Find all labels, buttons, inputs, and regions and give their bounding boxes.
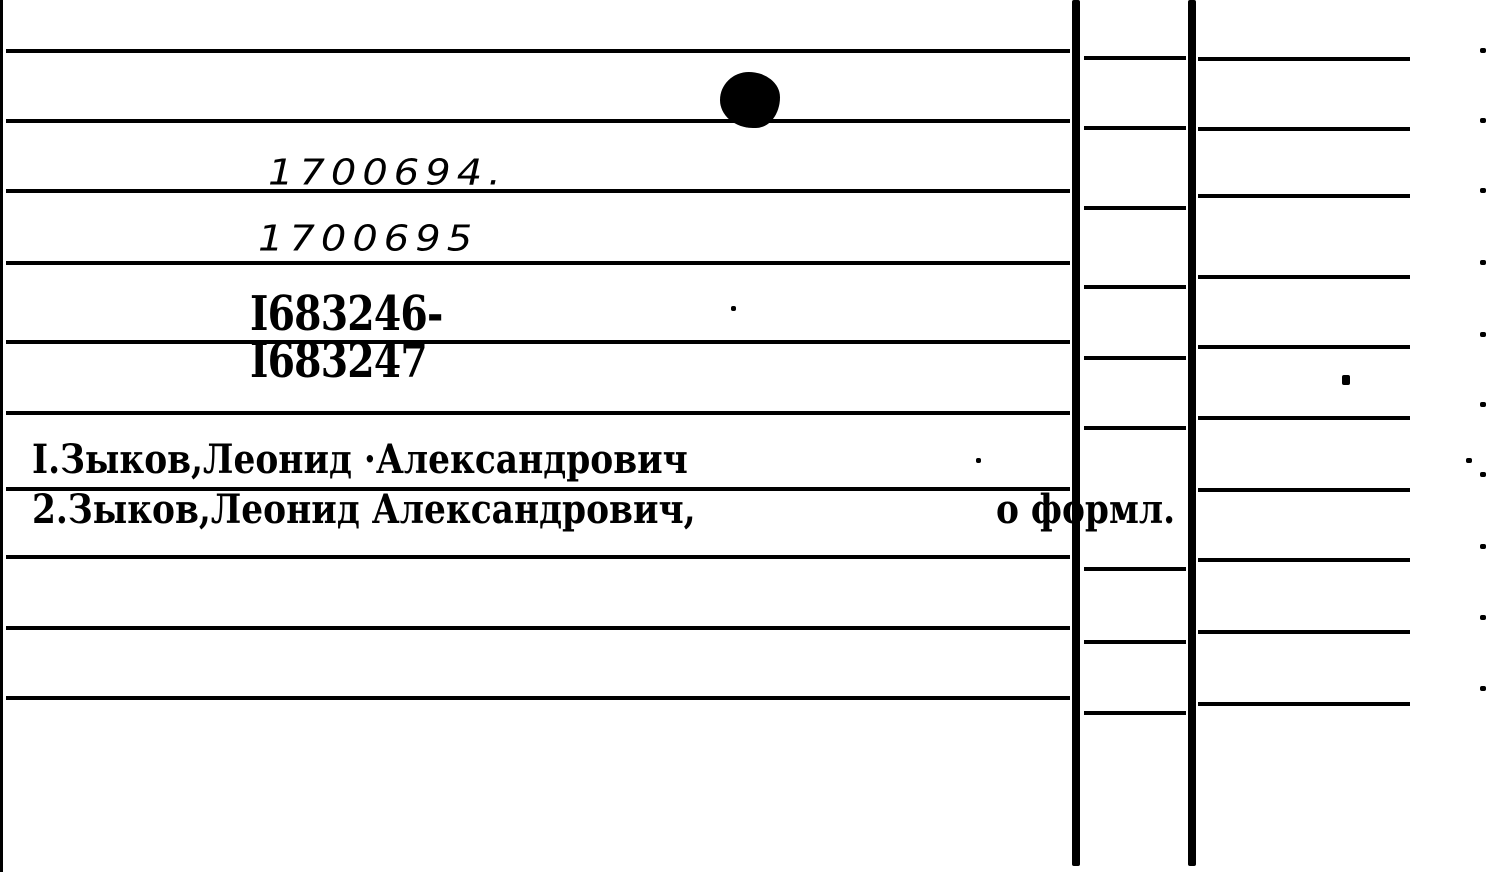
ruled-line [1084,56,1186,60]
handwritten-number: 1700695 [258,218,478,259]
edge-mark [731,306,736,311]
handwritten-number: 1700694. [268,152,507,193]
edge-mark [1480,48,1486,53]
edge-mark [1480,188,1486,193]
edge-mark [1466,458,1472,463]
ruled-line [1198,194,1410,198]
ruled-line [6,696,1070,700]
ruled-line [1198,416,1410,420]
ruled-line [6,261,1070,265]
edge-mark [1480,686,1486,691]
ruled-line [1198,127,1410,131]
entry-line-2: 2.Зыков,Леонид Александрович, [32,490,696,530]
edge-mark [1480,402,1486,407]
ruled-line [1084,711,1186,715]
ruled-line [1084,426,1186,430]
ruled-line [1198,57,1410,61]
ruled-line [6,189,1070,193]
column-divider [1188,0,1196,866]
ruled-line [6,411,1070,415]
entry-note: о формл. [996,490,1175,530]
ruled-line [1084,206,1186,210]
edge-mark [1480,332,1486,337]
edge-mark [1480,615,1486,620]
typed-number: I683246- [250,290,443,338]
card-left-edge [0,0,3,872]
ruled-line [1084,356,1186,360]
ruled-line [6,555,1070,559]
edge-mark [1480,260,1486,265]
ruled-line [1198,275,1410,279]
ruled-line [6,119,1070,123]
edge-mark [1480,118,1486,123]
index-card: 1700694. 1700695 I683246- I683247 I.Зыко… [0,0,1488,872]
ruled-line [1198,702,1410,706]
ruled-line [6,340,1070,344]
edge-mark [976,458,981,463]
ruled-line [1198,345,1410,349]
ruled-line [1198,558,1410,562]
typed-number: I683247 [250,337,427,385]
ruled-line [1198,630,1410,634]
edge-mark [1480,472,1486,477]
ruled-line [1084,285,1186,289]
ruled-line [6,626,1070,630]
ruled-line [1084,567,1186,571]
entry-line-1: I.Зыков,Леонид ·Александрович [32,440,688,480]
ruled-line [1084,640,1186,644]
edge-mark [1342,375,1350,385]
ruled-line [6,49,1070,53]
ruled-line [1084,126,1186,130]
column-divider [1072,0,1080,866]
edge-mark [1480,544,1486,549]
punch-hole [720,72,780,128]
ruled-line [1198,488,1410,492]
